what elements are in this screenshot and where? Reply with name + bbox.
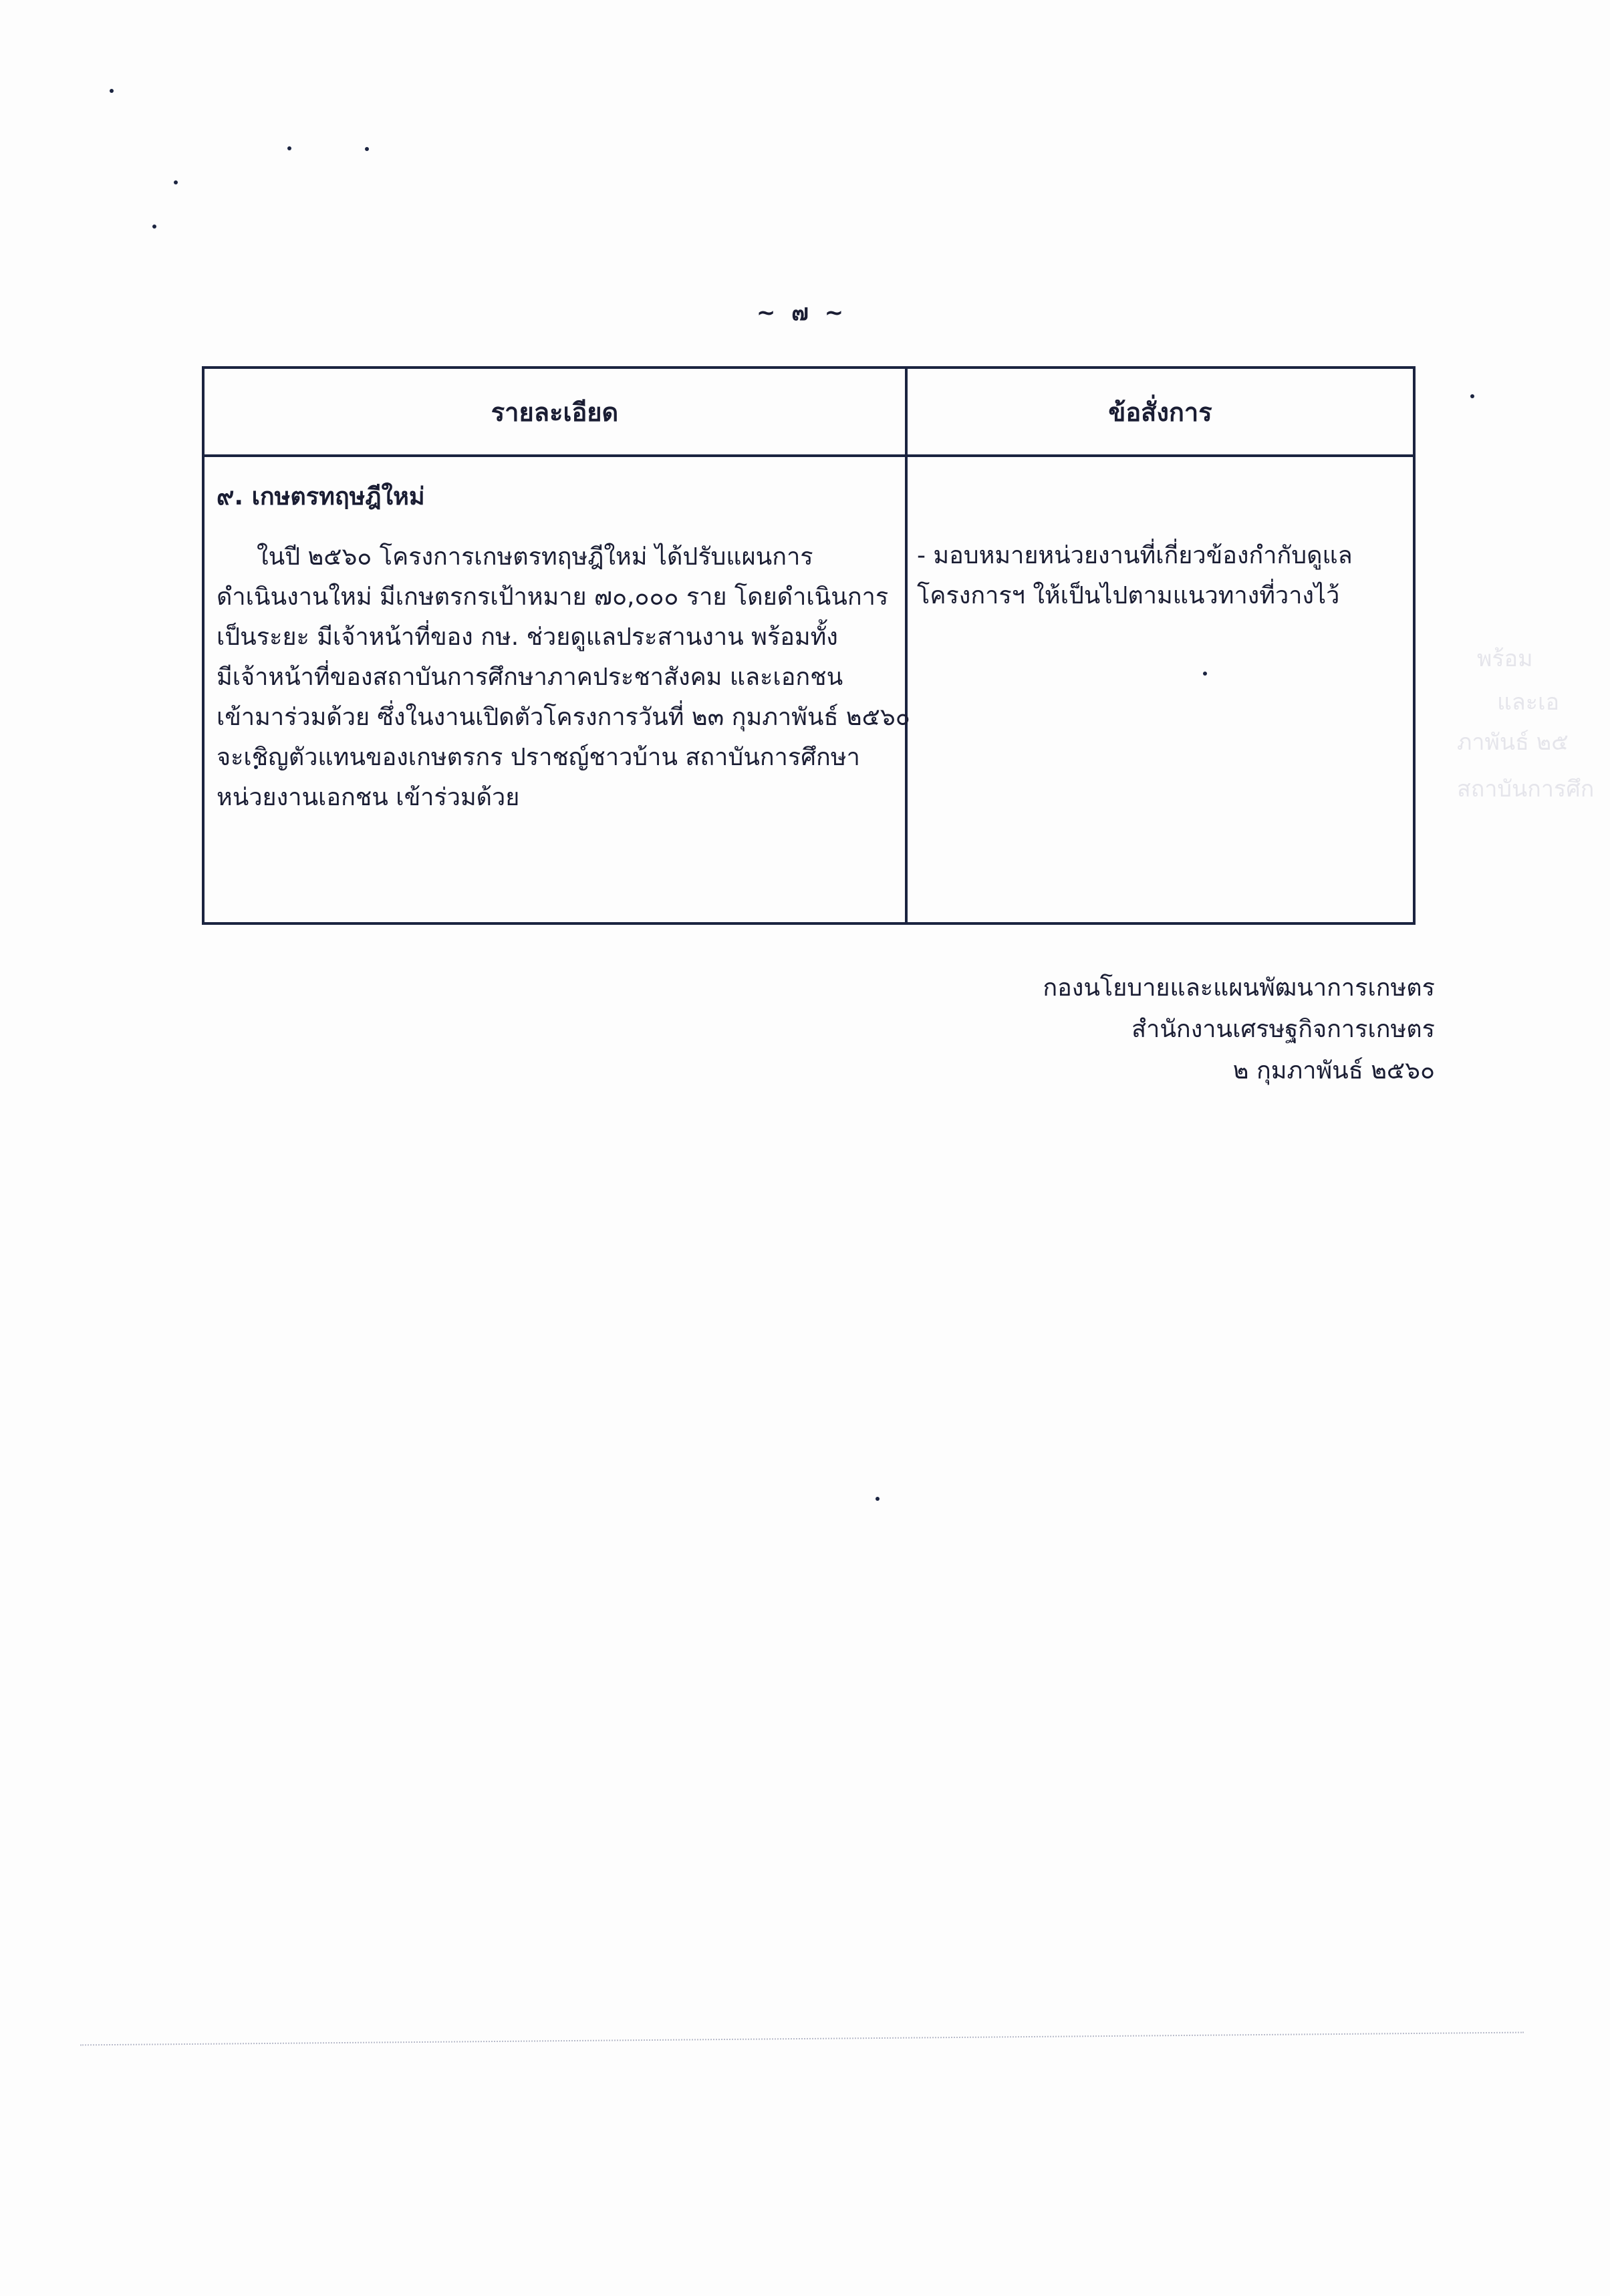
scan-speck (254, 765, 258, 769)
scan-speck (365, 147, 369, 151)
bleed-through-text: และเอ (1497, 682, 1559, 723)
header-order: ข้อสั่งการ (906, 368, 1414, 456)
directive-table: รายละเอียด ข้อสั่งการ ๙. เกษตรทฤษฎีใหม่ … (202, 366, 1416, 925)
table-header-row: รายละเอียด ข้อสั่งการ (203, 368, 1414, 456)
scan-speck (152, 225, 156, 229)
detail-line: ในปี ๒๕๖๐ โครงการเกษตรทฤษฎีใหม่ ได้ปรับแ… (217, 537, 893, 577)
order-line: - มอบหมายหน่วยงานที่เกี่ยวข้องกำกับดูแล (917, 536, 1403, 576)
scan-speck (876, 1497, 880, 1501)
detail-line: ดำเนินงานใหม่ มีเกษตรกรเป้าหมาย ๗๐,๐๐๐ ร… (217, 577, 893, 617)
detail-line: หน่วยงานเอกชน เข้าร่วมด้วย (217, 778, 893, 818)
scan-artifact-rule (80, 2032, 1524, 2046)
detail-line: เป็นระยะ มีเจ้าหน้าที่ของ กษ. ช่วยดูแลปร… (217, 617, 893, 658)
order-cell: - มอบหมายหน่วยงานที่เกี่ยวข้องกำกับดูแล … (906, 456, 1414, 923)
scan-speck (287, 146, 291, 150)
detail-line: จะเชิญตัวแทนของเกษตรกร ปราชญ์ชาวบ้าน สถา… (217, 738, 893, 778)
order-line: โครงการฯ ให้เป็นไปตามแนวทางที่วางไว้ (917, 576, 1403, 616)
signature-office: สำนักงานเศรษฐกิจการเกษตร (1043, 1009, 1435, 1050)
signature-department: กองนโยบายและแผนพัฒนาการเกษตร (1043, 968, 1435, 1009)
bleed-through-text: ภาพันธ์ ๒๕ (1457, 722, 1569, 763)
section-title: ๙. เกษตรทฤษฎีใหม่ (217, 477, 893, 517)
scan-speck (1203, 672, 1207, 676)
detail-cell: ๙. เกษตรทฤษฎีใหม่ ในปี ๒๕๖๐ โครงการเกษตร… (203, 456, 906, 923)
scan-speck (1470, 394, 1474, 398)
detail-line: มีเจ้าหน้าที่ของสถาบันการศึกษาภาคประชาสั… (217, 658, 893, 698)
page-number: ~ ๗ ~ (735, 294, 869, 330)
signature-block: กองนโยบายและแผนพัฒนาการเกษตร สำนักงานเศร… (1043, 968, 1435, 1092)
scan-speck (110, 89, 114, 93)
table-row: ๙. เกษตรทฤษฎีใหม่ ในปี ๒๕๖๐ โครงการเกษตร… (203, 456, 1414, 923)
header-detail: รายละเอียด (203, 368, 906, 456)
bleed-through-text: พร้อม (1477, 638, 1533, 680)
scan-speck (174, 180, 178, 184)
detail-line: เข้ามาร่วมด้วย ซึ่งในงานเปิดตัวโครงการวั… (217, 698, 893, 738)
signature-date: ๒ กุมภาพันธ์ ๒๕๖๐ (1043, 1050, 1435, 1092)
bleed-through-text: สถาบันการศึก (1457, 768, 1594, 810)
detail-paragraph: ในปี ๒๕๖๐ โครงการเกษตรทฤษฎีใหม่ ได้ปรับแ… (217, 537, 893, 818)
